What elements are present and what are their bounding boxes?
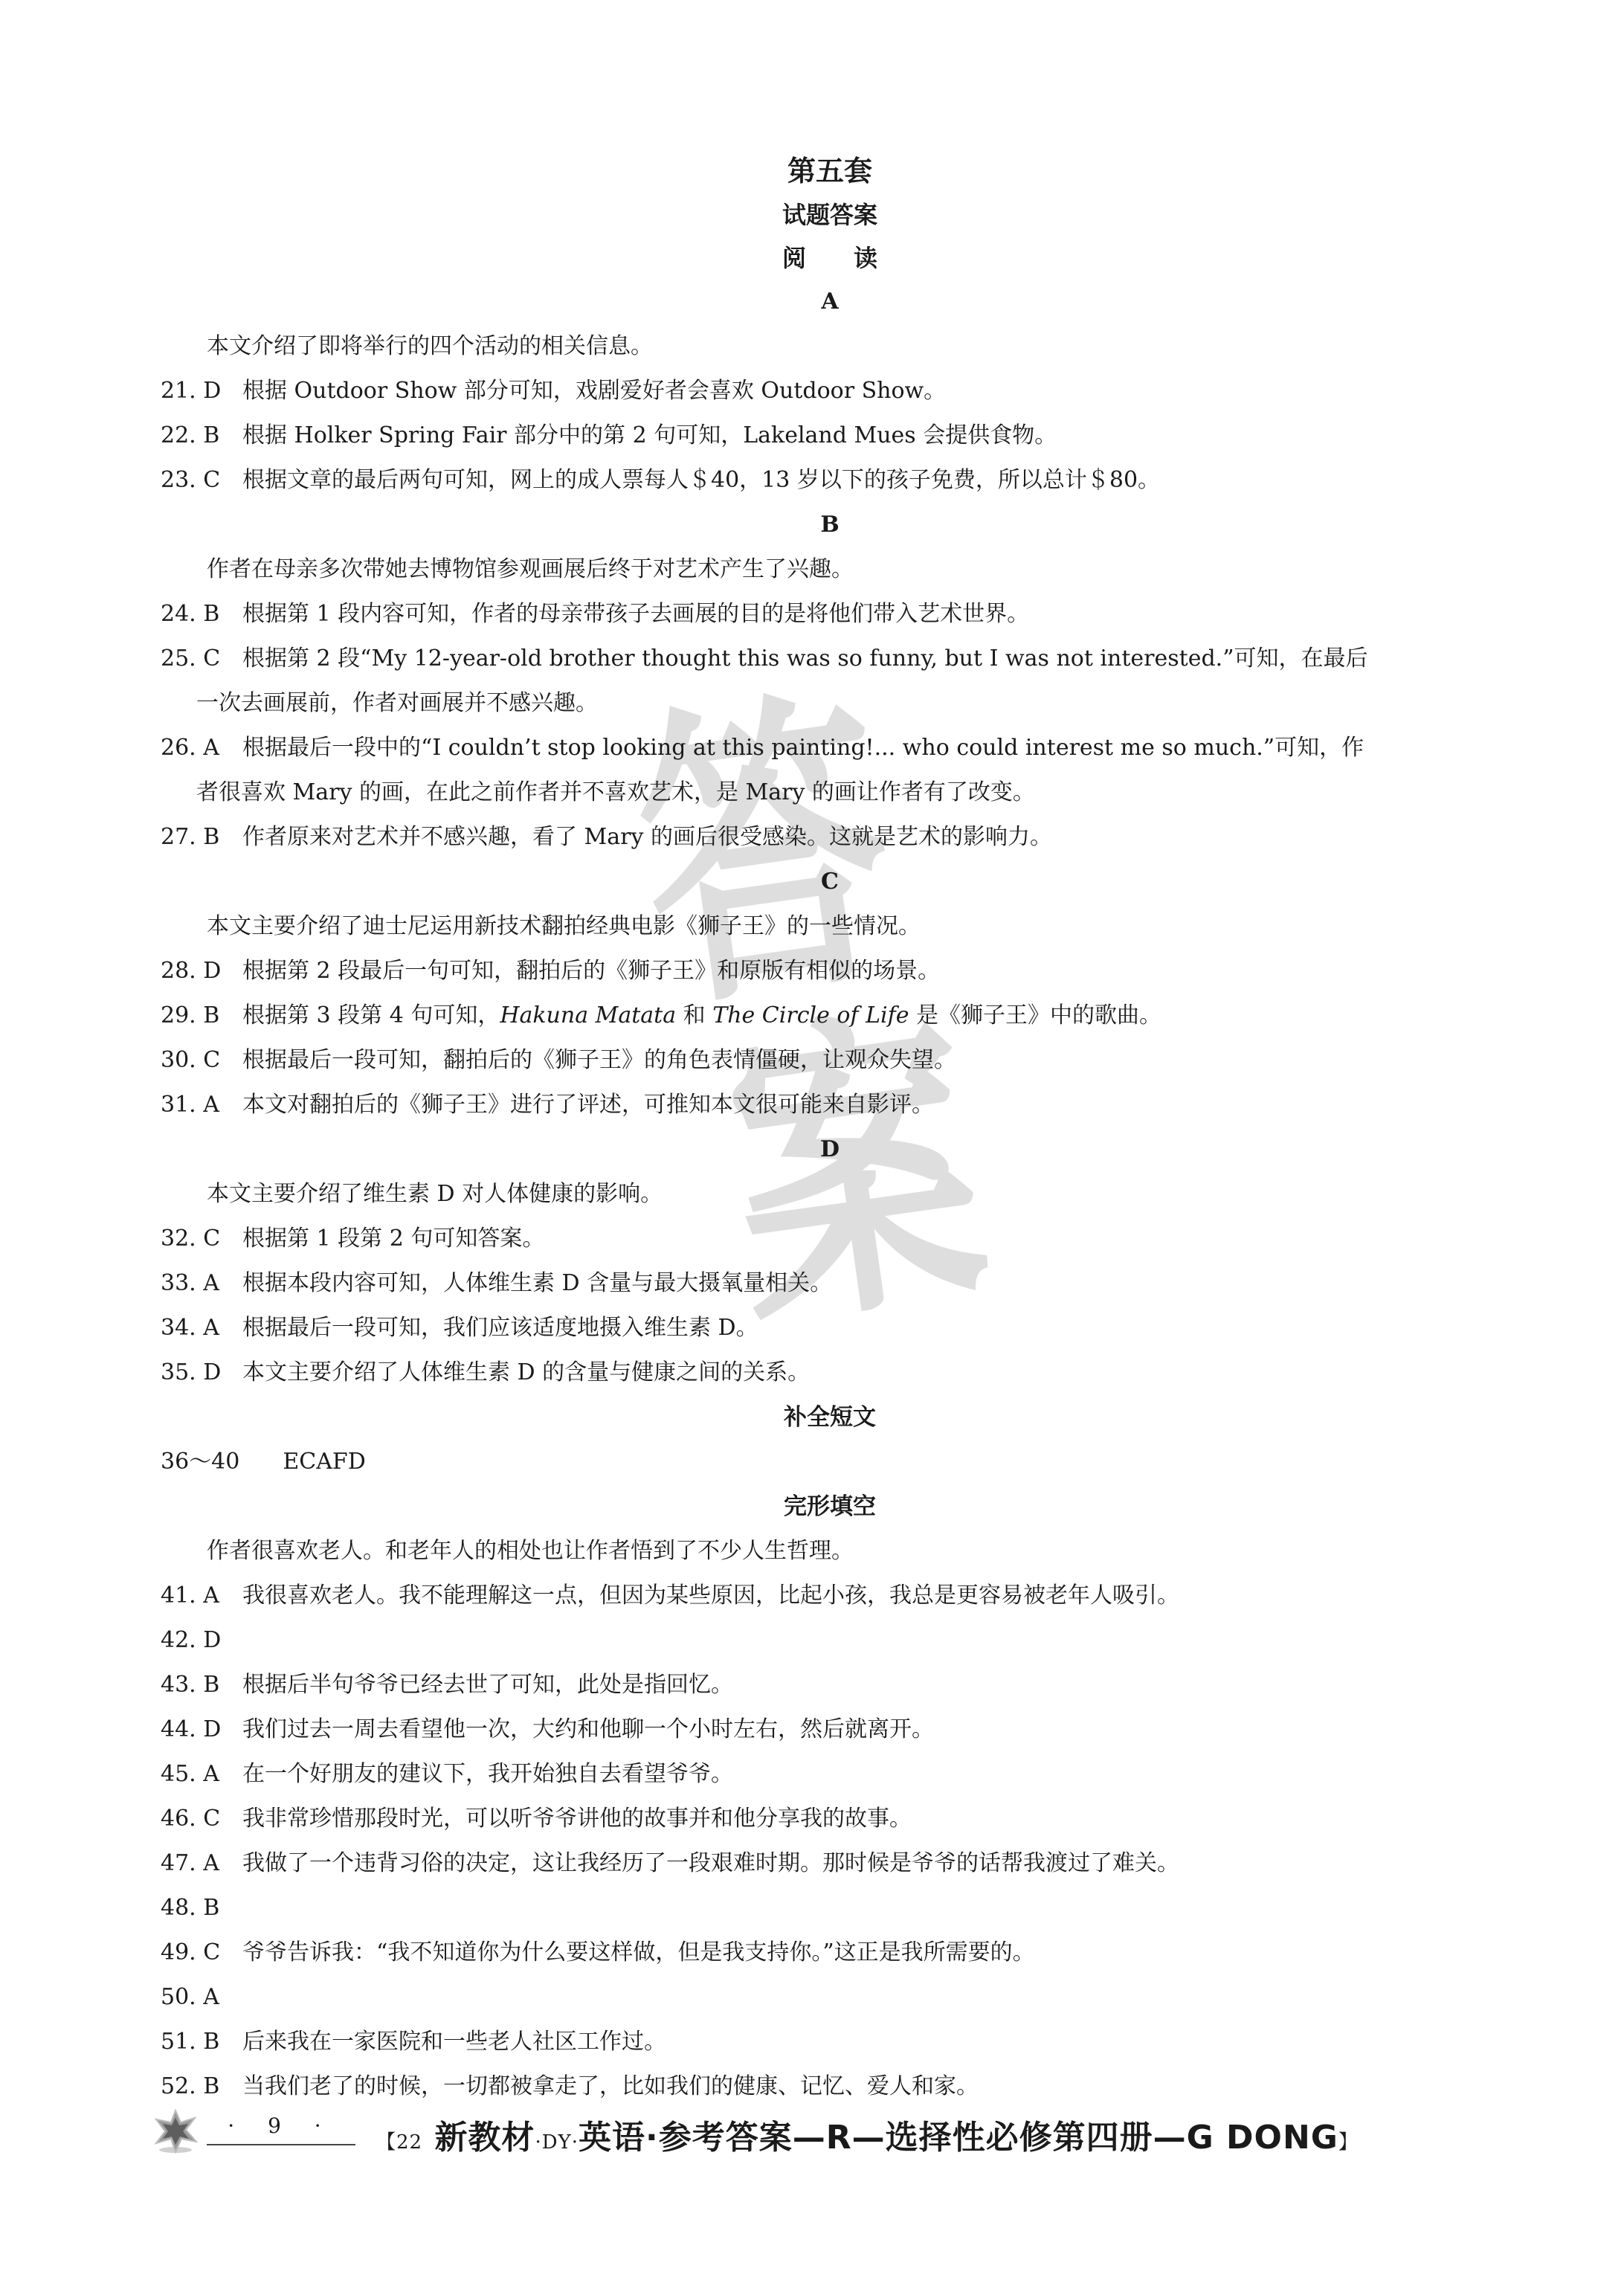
explanation: 当我们老了的时候，一切都被拿走了，比如我们的健康、记忆、爱人和家。 — [242, 2073, 979, 2099]
question-number: 48. B — [161, 1886, 242, 1931]
explanation: 根据最后一段中的“I couldn’t stop looking at this… — [242, 735, 1364, 761]
answer-item-30: 30. C根据最后一段可知，翻拍后的《狮子王》的角色表情僵硬，让观众失望。 — [161, 1038, 1499, 1083]
question-number: 49. C — [161, 1931, 242, 1975]
answer-item-45: 45. A在一个好朋友的建议下，我开始独自去看望爷爷。 — [161, 1752, 1499, 1797]
question-number: 35. D — [161, 1350, 242, 1395]
explanation: 我做了一个违背习俗的决定，这让我经历了一段艰难时期。那时候是爷爷的话帮我渡过了难… — [242, 1850, 1179, 1876]
explanation: 根据本段内容可知，人体维生素 D 含量与最大摄氧量相关。 — [242, 1270, 832, 1296]
question-number: 24. B — [161, 592, 242, 637]
page-footer: · 9 · 【22 新教材·DY·英语·参考答案—R—选择性必修第四册—G DO… — [146, 2105, 1559, 2164]
question-number: 44. D — [161, 1707, 242, 1752]
explanation: 我很喜欢老人。我不能理解这一点，但因为某些原因，比起小孩，我总是更容易被老年人吸… — [242, 1582, 1179, 1609]
explanation: 本文对翻拍后的《狮子王》进行了评述，可推知本文很可能来自影评。 — [242, 1092, 934, 1118]
explanation-prefix: 根据第 3 段第 4 句可知， — [242, 1002, 500, 1028]
answer-item-34: 34. A根据最后一段可知，我们应该适度地摄入维生素 D。 — [161, 1306, 1499, 1350]
passage-b-heading: B — [161, 503, 1499, 547]
passage-d-heading: D — [161, 1127, 1499, 1172]
answer-item-31: 31. A本文对翻拍后的《狮子王》进行了评述，可推知本文很可能来自影评。 — [161, 1083, 1499, 1127]
question-number: 34. A — [161, 1306, 242, 1350]
answer-document: 第五套 试题答案 阅 读 A 本文介绍了即将举行的四个活动的相关信息。 21. … — [161, 149, 1499, 2109]
answer-item-41: 41. A我很喜欢老人。我不能理解这一点，但因为某些原因，比起小孩，我总是更容易… — [161, 1574, 1499, 1618]
question-number: 26. A — [161, 726, 242, 770]
explanation: 根据 Outdoor Show 部分可知，戏剧爱好者会喜欢 Outdoor Sh… — [242, 378, 946, 404]
question-number: 42. D — [161, 1618, 242, 1663]
cloze-title: 完形填空 — [161, 1484, 1499, 1529]
question-number: 51. B — [161, 2020, 242, 2064]
answer-item-44: 44. D我们过去一周去看望他一次，大约和他聊一个小时左右，然后就离开。 — [161, 1707, 1499, 1752]
explanation-suffix: 是《狮子王》中的歌曲。 — [909, 1002, 1161, 1028]
question-number: 28. D — [161, 949, 242, 994]
answer-item-26: 26. A根据最后一段中的“I couldn’t stop looking at… — [161, 726, 1499, 770]
explanation: 根据第 2 段最后一句可知，翻拍后的《狮子王》和原版有相似的场景。 — [242, 958, 940, 984]
series-name: 新教材 — [434, 2119, 535, 2157]
passage-c-heading: C — [161, 860, 1499, 904]
explanation: 根据最后一段可知，我们应该适度地摄入维生素 D。 — [242, 1315, 758, 1341]
book-title: 【22 新教材·DY·英语·参考答案—R—选择性必修第四册—G DONG】 — [376, 2110, 1359, 2158]
set-title: 第五套 — [161, 149, 1499, 193]
passage-a-summary: 本文介绍了即将举行的四个活动的相关信息。 — [161, 324, 1499, 369]
answer-item-48: 48. B — [161, 1886, 1499, 1931]
answer-item-50: 50. A — [161, 1975, 1499, 2020]
song-title: The Circle of Life — [712, 1002, 909, 1028]
answer-item-46: 46. C我非常珍惜那段时光，可以听爷爷讲他的故事并和他分享我的故事。 — [161, 1797, 1499, 1841]
explanation: 根据第 2 段“My 12-year-old brother thought t… — [242, 645, 1368, 672]
answer-item-42: 42. D — [161, 1618, 1499, 1663]
explanation: 在一个好朋友的建议下，我开始独自去看望爷爷。 — [242, 1761, 733, 1787]
answer-item-29: 29. B根据第 3 段第 4 句可知，Hakuna Matata 和 The … — [161, 994, 1499, 1038]
bracket-close: 】 — [1338, 2131, 1359, 2154]
explanation: 根据 Holker Spring Fair 部分中的第 2 句可知，Lakela… — [242, 422, 1057, 448]
conjunction: 和 — [676, 1002, 712, 1028]
edition-year: 22 — [396, 2131, 422, 2154]
answer-item-21: 21. D根据 Outdoor Show 部分可知，戏剧爱好者会喜欢 Outdo… — [161, 369, 1499, 413]
question-number: 46. C — [161, 1797, 242, 1841]
question-range: 36～40 — [161, 1449, 239, 1475]
answer-item-24: 24. B根据第 1 段内容可知，作者的母亲带孩子去画展的目的是将他们带入艺术世… — [161, 592, 1499, 637]
question-number: 29. B — [161, 994, 242, 1038]
bracket-open: 【 — [376, 2131, 396, 2154]
explanation: 根据最后一段可知，翻拍后的《狮子王》的角色表情僵硬，让观众失望。 — [242, 1047, 956, 1073]
question-number: 50. A — [161, 1975, 242, 2020]
explanation: 根据文章的最后两句可知，网上的成人票每人＄40，13 岁以下的孩子免费，所以总计… — [242, 467, 1160, 493]
answer-item-32: 32. C根据第 1 段第 2 句可知答案。 — [161, 1217, 1499, 1261]
answer-item-35: 35. D本文主要介绍了人体维生素 D 的含量与健康之间的关系。 — [161, 1350, 1499, 1395]
answer-item-22: 22. B根据 Holker Spring Fair 部分中的第 2 句可知，L… — [161, 413, 1499, 458]
explanation: 根据第 1 段第 2 句可知答案。 — [242, 1226, 544, 1252]
question-number: 27. B — [161, 815, 242, 860]
answer-item-28: 28. D根据第 2 段最后一句可知，翻拍后的《狮子王》和原版有相似的场景。 — [161, 949, 1499, 994]
seven-choice-answers: 36～40ECAFD — [161, 1440, 1499, 1484]
explanation: 根据第 1 段内容可知，作者的母亲带孩子去画展的目的是将他们带入艺术世界。 — [242, 601, 1029, 627]
explanation: 爷爷告诉我：“我不知道你为什么要这样做，但是我支持你。”这正是我所需要的。 — [242, 1939, 1035, 1965]
explanation: 作者原来对艺术并不感兴趣，看了 Mary 的画后很受感染。这就是艺术的影响力。 — [242, 824, 1052, 850]
seven-choice-title: 补全短文 — [161, 1395, 1499, 1440]
question-number: 23. C — [161, 458, 242, 503]
doc-title: 试题答案 — [161, 193, 1499, 236]
passage-b-summary: 作者在母亲多次带她去博物馆参观画展后终于对艺术产生了兴趣。 — [161, 547, 1499, 592]
explanation: 我们过去一周去看望他一次，大约和他聊一个小时左右，然后就离开。 — [242, 1716, 934, 1742]
question-number: 30. C — [161, 1038, 242, 1083]
answer-item-27: 27. B作者原来对艺术并不感兴趣，看了 Mary 的画后很受感染。这就是艺术的… — [161, 815, 1499, 860]
question-number: 41. A — [161, 1574, 242, 1618]
passage-d-summary: 本文主要介绍了维生素 D 对人体健康的影响。 — [161, 1172, 1499, 1217]
answer-item-23: 23. C根据文章的最后两句可知，网上的成人票每人＄40，13 岁以下的孩子免费… — [161, 458, 1499, 503]
explanation: 本文主要介绍了人体维生素 D 的含量与健康之间的关系。 — [242, 1359, 810, 1385]
question-number: 21. D — [161, 369, 242, 413]
question-number: 45. A — [161, 1752, 242, 1797]
question-number: 47. A — [161, 1841, 242, 1886]
passage-a-heading: A — [161, 280, 1499, 324]
passage-c-summary: 本文主要介绍了迪士尼运用新技术翻拍经典电影《狮子王》的一些情况。 — [161, 904, 1499, 949]
answer-letters: ECAFD — [283, 1449, 365, 1475]
question-number: 43. B — [161, 1663, 242, 1707]
explanation: 后来我在一家医院和一些老人社区工作过。 — [242, 2029, 666, 2055]
star-badge-icon — [153, 2109, 198, 2154]
question-number: 31. A — [161, 1083, 242, 1127]
question-number: 25. C — [161, 637, 242, 681]
series-code: ·DY· — [535, 2131, 579, 2154]
cloze-summary: 作者很喜欢老人。和老年人的相处也让作者悟到了不少人生哲理。 — [161, 1529, 1499, 1574]
answer-item-49: 49. C爷爷告诉我：“我不知道你为什么要这样做，但是我支持你。”这正是我所需要… — [161, 1931, 1499, 1975]
book-name: 英语·参考答案—R—选择性必修第四册—G DONG — [579, 2119, 1338, 2157]
answer-item-51: 51. B后来我在一家医院和一些老人社区工作过。 — [161, 2020, 1499, 2064]
answer-item-33: 33. A根据本段内容可知，人体维生素 D 含量与最大摄氧量相关。 — [161, 1261, 1499, 1306]
song-title: Hakuna Matata — [500, 1002, 676, 1028]
answer-item-52: 52. B当我们老了的时候，一切都被拿走了，比如我们的健康、记忆、爱人和家。 — [161, 2064, 1499, 2109]
answer-item-43: 43. B根据后半句爷爷已经去世了可知，此处是指回忆。 — [161, 1663, 1499, 1707]
explanation: 我非常珍惜那段时光，可以听爷爷讲他的故事并和他分享我的故事。 — [242, 1806, 912, 1832]
explanation-continued: 一次去画展前，作者对画展并不感兴趣。 — [161, 681, 1499, 726]
question-number: 32. C — [161, 1217, 242, 1261]
page-number: · 9 · — [207, 2113, 355, 2145]
explanation-continued: 者很喜欢 Mary 的画，在此之前作者并不喜欢艺术，是 Mary 的画让作者有了… — [161, 770, 1499, 815]
question-number: 33. A — [161, 1261, 242, 1306]
question-number: 22. B — [161, 413, 242, 458]
answer-item-47: 47. A我做了一个违背习俗的决定，这让我经历了一段艰难时期。那时候是爷爷的话帮… — [161, 1841, 1499, 1886]
question-number: 52. B — [161, 2064, 242, 2109]
section-reading-title: 阅 读 — [161, 236, 1499, 280]
answer-item-25: 25. C根据第 2 段“My 12-year-old brother thou… — [161, 637, 1499, 681]
explanation: 根据后半句爷爷已经去世了可知，此处是指回忆。 — [242, 1672, 733, 1698]
